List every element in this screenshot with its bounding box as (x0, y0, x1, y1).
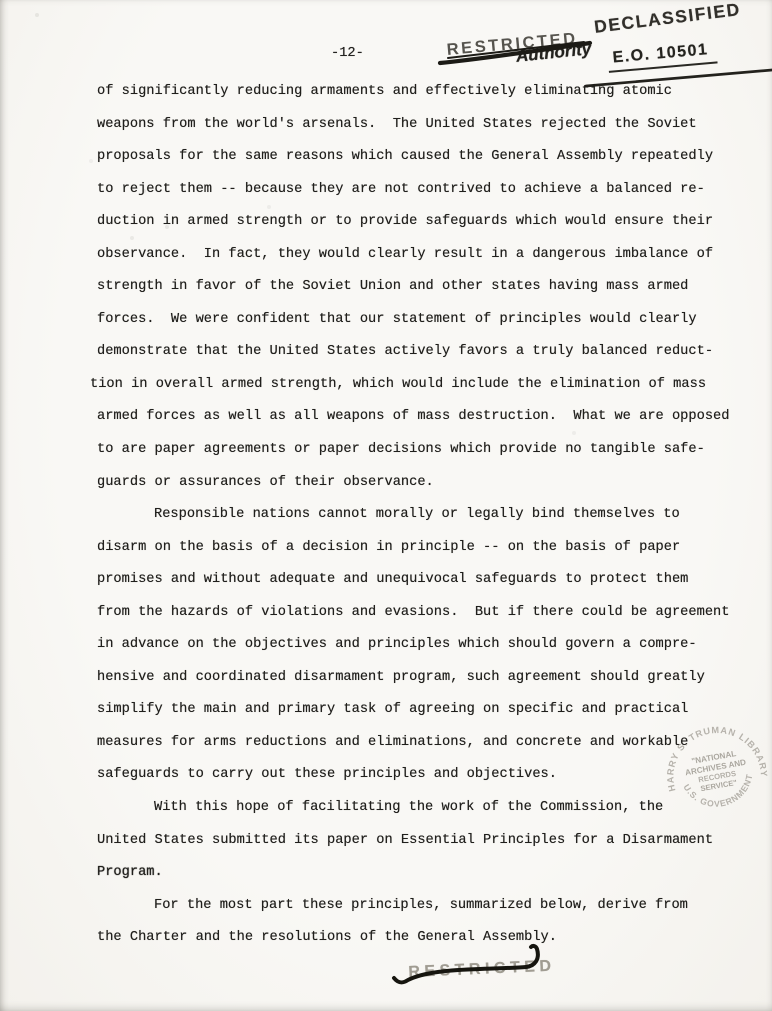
text-line: promises and without adequate and unequi… (97, 564, 757, 597)
text-line: tion in overall armed strength, which wo… (90, 369, 757, 402)
text-line: For the most part these principles, summ… (97, 890, 757, 923)
text-line: United States submitted its paper on Ess… (97, 825, 757, 858)
text-line: to reject them -- because they are not c… (97, 174, 757, 207)
text-line: from the hazards of violations and evasi… (97, 597, 757, 630)
declassified-stamp: DECLASSIFIED (593, 0, 742, 38)
page-number: -12- (331, 46, 364, 61)
text-line: proposals for the same reasons which cau… (97, 141, 757, 174)
text-line: of significantly reducing armaments and … (97, 76, 757, 109)
text-line: to are paper agreements or paper decisio… (97, 434, 757, 467)
text-line: With this hope of facilitating the work … (97, 792, 757, 825)
paper-speckles (0, 0, 2, 2)
body-text: of significantly reducing armaments and … (97, 76, 757, 955)
text-line: forces. We were confident that our state… (97, 304, 757, 337)
authority-value: E.O. 10501 (607, 41, 718, 73)
restricted-stamp-bottom: RESTRICTED (408, 958, 556, 982)
text-line: guards or assurances of their observance… (97, 467, 757, 500)
text-line: strength in favor of the Soviet Union an… (97, 271, 757, 304)
archives-seal: HARRY S. TRUMAN LIBRARY U.S. GOVERNMENT … (650, 704, 772, 836)
text-line: Program. (97, 857, 757, 890)
text-line: duction in armed strength or to provide … (97, 206, 757, 239)
text-line: demonstrate that the United States activ… (97, 336, 757, 369)
text-line: the Charter and the resolutions of the G… (97, 922, 757, 955)
text-line: observance. In fact, they would clearly … (97, 239, 757, 272)
text-line: in advance on the objectives and princip… (97, 629, 757, 662)
document-page: -12- RESTRICTED DECLASSIFIED Authority E… (0, 0, 772, 1011)
text-line: Responsible nations cannot morally or le… (97, 499, 757, 532)
text-line: weapons from the world's arsenals. The U… (97, 109, 757, 142)
text-line: hensive and coordinated disarmament prog… (97, 662, 757, 695)
text-line: disarm on the basis of a decision in pri… (97, 532, 757, 565)
text-line: armed forces as well as all weapons of m… (97, 401, 757, 434)
